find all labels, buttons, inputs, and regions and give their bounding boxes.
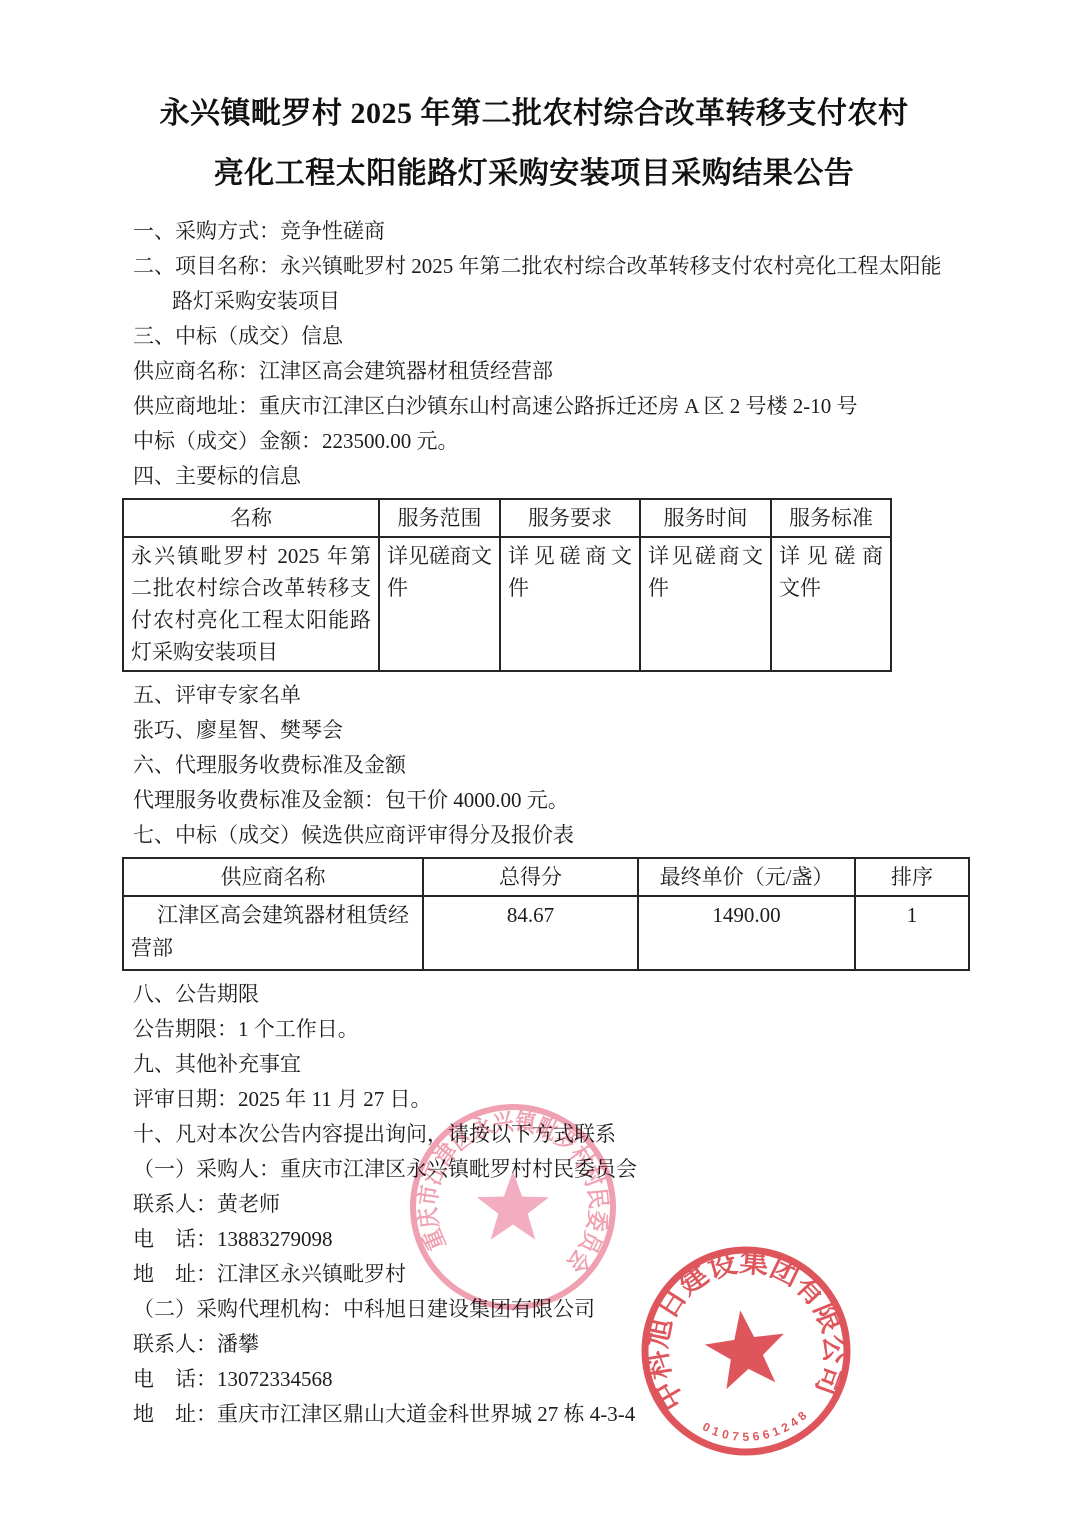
score-quote-table: 供应商名称 总得分 最终单价（元/盏） 排序 江津区高会建筑器材租赁经营部 84…	[122, 857, 970, 971]
main-subject-table-header-row: 名称 服务范围 服务要求 服务时间 服务标准	[123, 499, 891, 537]
col-header-supplier-name: 供应商名称	[123, 858, 423, 896]
para-purchaser-contact: 联系人：黄老师	[122, 1187, 946, 1222]
page-title: 永兴镇毗罗村 2025 年第二批农村综合改革转移支付农村 亮化工程太阳能路灯采购…	[122, 84, 946, 204]
para-agency-fee-heading: 六、代理服务收费标准及金额	[122, 748, 946, 783]
para-score-table-heading: 七、中标（成交）候选供应商评审得分及报价表	[122, 818, 946, 853]
para-supplier-address: 供应商地址：重庆市江津区白沙镇东山村高速公路拆迁还房 A 区 2 号楼 2-10…	[122, 389, 946, 424]
para-main-subject-heading: 四、主要标的信息	[122, 459, 946, 494]
main-subject-table: 名称 服务范围 服务要求 服务时间 服务标准 永兴镇毗罗村 2025 年第二批农…	[122, 498, 892, 672]
page-title-line-1: 永兴镇毗罗村 2025 年第二批农村综合改革转移支付农村	[122, 84, 946, 144]
para-agency-contact: 联系人：潘攀	[122, 1327, 946, 1362]
cell-service-scope: 详见磋商文件	[379, 537, 500, 671]
cell-service-time: 详见磋商文件	[640, 537, 771, 671]
cell-final-unit-price: 1490.00	[638, 896, 855, 970]
para-purchaser-phone: 电 话：13883279098	[122, 1222, 946, 1257]
para-award-amount: 中标（成交）金额：223500.00 元。	[122, 424, 946, 459]
para-other-matters-heading: 九、其他补充事宜	[122, 1047, 946, 1082]
para-agency: （二）采购代理机构：中科旭日建设集团有限公司	[122, 1292, 946, 1327]
para-supplier-name: 供应商名称：江津区高会建筑器材租赁经营部	[122, 354, 946, 389]
col-header-service-standard: 服务标准	[771, 499, 891, 537]
col-header-total-score: 总得分	[423, 858, 638, 896]
col-header-name: 名称	[123, 499, 379, 537]
cell-service-standard: 详见磋商文件	[771, 537, 891, 671]
para-agency-fee-amount: 代理服务收费标准及金额：包干价 4000.00 元。	[122, 783, 946, 818]
col-header-rank: 排序	[855, 858, 969, 896]
para-purchaser-address: 地 址：江津区永兴镇毗罗村	[122, 1257, 946, 1292]
para-experts-heading: 五、评审专家名单	[122, 678, 946, 713]
cell-supplier-name: 江津区高会建筑器材租赁经营部	[123, 896, 423, 970]
para-agency-address: 地 址：重庆市江津区鼎山大道金科世界城 27 栋 4-3-4	[122, 1397, 946, 1432]
para-purchaser: （一）采购人：重庆市江津区永兴镇毗罗村村民委员会	[122, 1152, 946, 1187]
table-row: 江津区高会建筑器材租赁经营部 84.67 1490.00 1	[123, 896, 969, 970]
score-table-header-row: 供应商名称 总得分 最终单价（元/盏） 排序	[123, 858, 969, 896]
col-header-final-unit-price: 最终单价（元/盏）	[638, 858, 855, 896]
cell-total-score: 84.67	[423, 896, 638, 970]
col-header-service-time: 服务时间	[640, 499, 771, 537]
para-contact-heading: 十、凡对本次公告内容提出询问，请按以下方式联系	[122, 1117, 946, 1152]
para-experts-names: 张巧、廖星智、樊琴会	[122, 713, 946, 748]
document-body: 永兴镇毗罗村 2025 年第二批农村综合改革转移支付农村 亮化工程太阳能路灯采购…	[122, 84, 946, 1432]
para-review-date: 评审日期：2025 年 11 月 27 日。	[122, 1082, 946, 1117]
cell-project-name: 永兴镇毗罗村 2025 年第二批农村综合改革转移支付农村亮化工程太阳能路灯采购安…	[123, 537, 379, 671]
para-procurement-method: 一、采购方式：竞争性磋商	[122, 214, 946, 249]
announcement-page: { "document": { "title_lines": [ "永兴镇毗罗村…	[0, 0, 1074, 1520]
table-row: 永兴镇毗罗村 2025 年第二批农村综合改革转移支付农村亮化工程太阳能路灯采购安…	[123, 537, 891, 671]
para-announcement-period: 公告期限：1 个工作日。	[122, 1012, 946, 1047]
para-announcement-period-heading: 八、公告期限	[122, 977, 946, 1012]
cell-rank: 1	[855, 896, 969, 970]
col-header-service-requirement: 服务要求	[500, 499, 640, 537]
page-title-line-2: 亮化工程太阳能路灯采购安装项目采购结果公告	[122, 144, 946, 204]
col-header-service-scope: 服务范围	[379, 499, 500, 537]
para-award-info-heading: 三、中标（成交）信息	[122, 319, 946, 354]
para-project-name: 二、项目名称：永兴镇毗罗村 2025 年第二批农村综合改革转移支付农村亮化工程太…	[122, 249, 946, 319]
para-agency-phone: 电 话：13072334568	[122, 1362, 946, 1397]
cell-service-requirement: 详见磋商文件	[500, 537, 640, 671]
